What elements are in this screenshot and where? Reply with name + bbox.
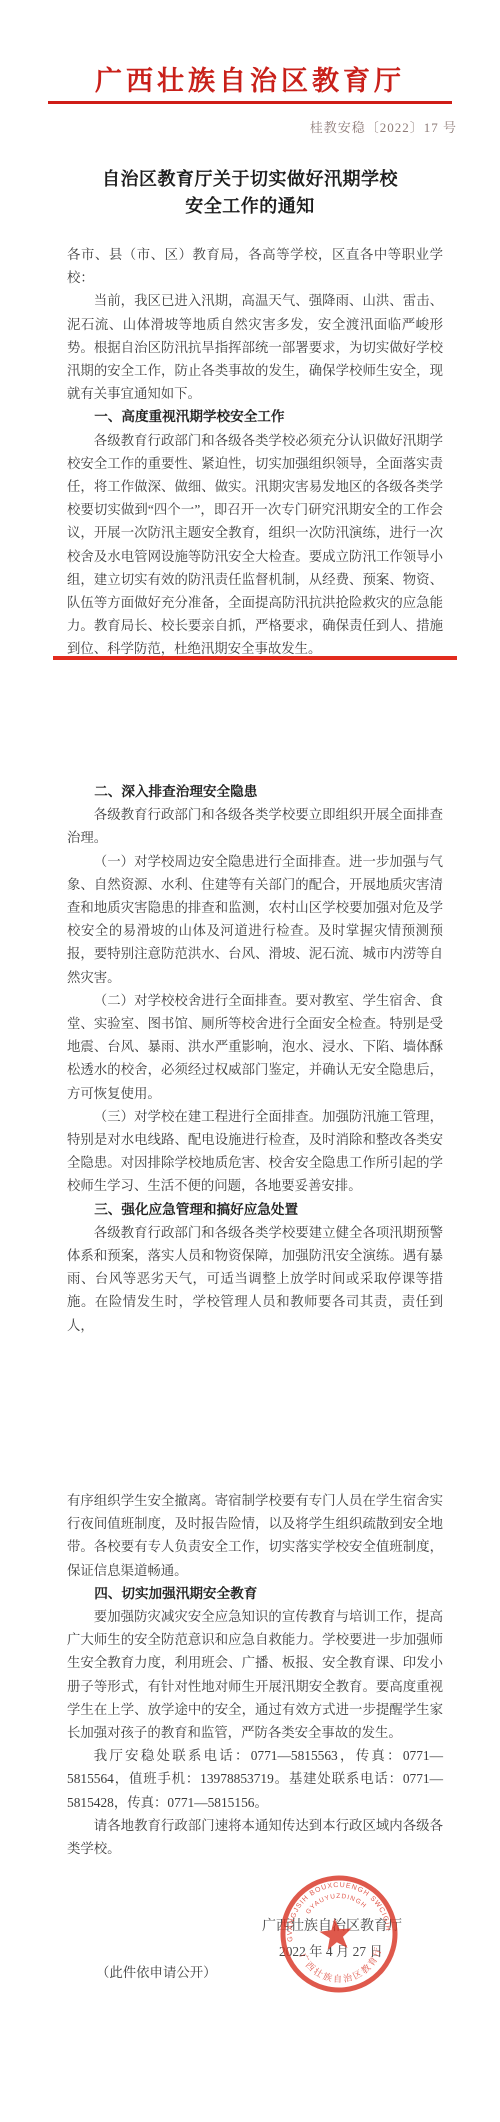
paragraph-section-3: 各级教育行政部门和各级各类学校要建立健全各项汛期预警体系和预案，落实人员和物资保… — [67, 1221, 443, 1337]
seal-star-icon — [318, 1917, 353, 1951]
paragraph-intro: 当前，我区已进入汛期，高温天气、强降雨、山洪、雷击、泥石流、山体滑坡等地质自然灾… — [67, 289, 443, 405]
notice-title-line2: 安全工作的通知 — [50, 193, 450, 220]
official-seal: GVANGJSIH BOUXCUENGH SWCIGIH GYAUYUZDING… — [272, 1867, 406, 2001]
publicity-note: （此件依申请公开） — [96, 1962, 217, 1981]
document-page: 广西壮族自治区教育厅 桂教安稳〔2022〕17 号 自治区教育厅关于切实做好汛期… — [0, 0, 500, 2122]
body-page2: 二、深入排查治理安全隐患 各级教育行政部门和各级各类学校要立即组织开展全面排查治… — [67, 780, 443, 1337]
org-header-title: 广西壮族自治区教育厅 — [0, 59, 500, 98]
paragraph-section-3-continued: 有序组织学生安全撤离。寄宿制学校要有专门人员在学生宿舍实行夜间值班制度，及时报告… — [67, 1489, 443, 1582]
paragraph-section-2-item-1: （一）对学校周边安全隐患进行全面排查。进一步加强与气象、自然资源、水利、住建等有… — [67, 850, 443, 989]
body-page1: 各市、县（市、区）教育局，各高等学校，区直各中等职业学校： 当前，我区已进入汛期… — [67, 243, 443, 661]
section-heading-1: 一、高度重视汛期学校安全工作 — [67, 405, 443, 428]
section-heading-4: 四、切实加强汛期安全教育 — [67, 1582, 443, 1605]
paragraph-section-1: 各级教育行政部门和各级各类学校必须充分认识做好汛期学校安全工作的重要性、紧迫性，… — [67, 429, 443, 661]
paragraph-section-4: 要加强防灾减灾安全应急知识的宣传教育与培训工作，提高广大师生的安全防范意识和应急… — [67, 1605, 443, 1744]
paragraph-contact-info: 我厅安稳处联系电话：0771—5815563，传真：0771—5815564，值… — [67, 1744, 443, 1814]
doc-number: 桂教安稳〔2022〕17 号 — [0, 117, 457, 136]
paragraph-forwarding-request: 请各地教育行政部门速将本通知传达到本行政区域内各级各类学校。 — [67, 1814, 443, 1860]
notice-title: 自治区教育厅关于切实做好汛期学校 安全工作的通知 — [50, 166, 450, 220]
paragraph-section-2-item-3: （三）对学校在建工程进行全面排查。加强防汛施工管理，特别是对水电线路、配电设施进… — [67, 1105, 443, 1198]
header-rule — [48, 101, 452, 104]
page-divider-rule — [53, 656, 457, 660]
paragraph-section-2-item-2: （二）对学校校舍进行全面排查。要对教室、学生宿舍、食堂、实验室、图书馆、厕所等校… — [67, 989, 443, 1105]
body-page3: 有序组织学生安全撤离。寄宿制学校要有专门人员在学生宿舍实行夜间值班制度，及时报告… — [67, 1489, 443, 1860]
notice-title-line1: 自治区教育厅关于切实做好汛期学校 — [50, 166, 450, 193]
paragraph-section-2-intro: 各级教育行政部门和各级各类学校要立即组织开展全面排查治理。 — [67, 803, 443, 849]
section-heading-3: 三、强化应急管理和搞好应急处置 — [67, 1198, 443, 1221]
section-heading-2: 二、深入排查治理安全隐患 — [67, 780, 443, 803]
salutation: 各市、县（市、区）教育局，各高等学校，区直各中等职业学校： — [67, 243, 443, 289]
